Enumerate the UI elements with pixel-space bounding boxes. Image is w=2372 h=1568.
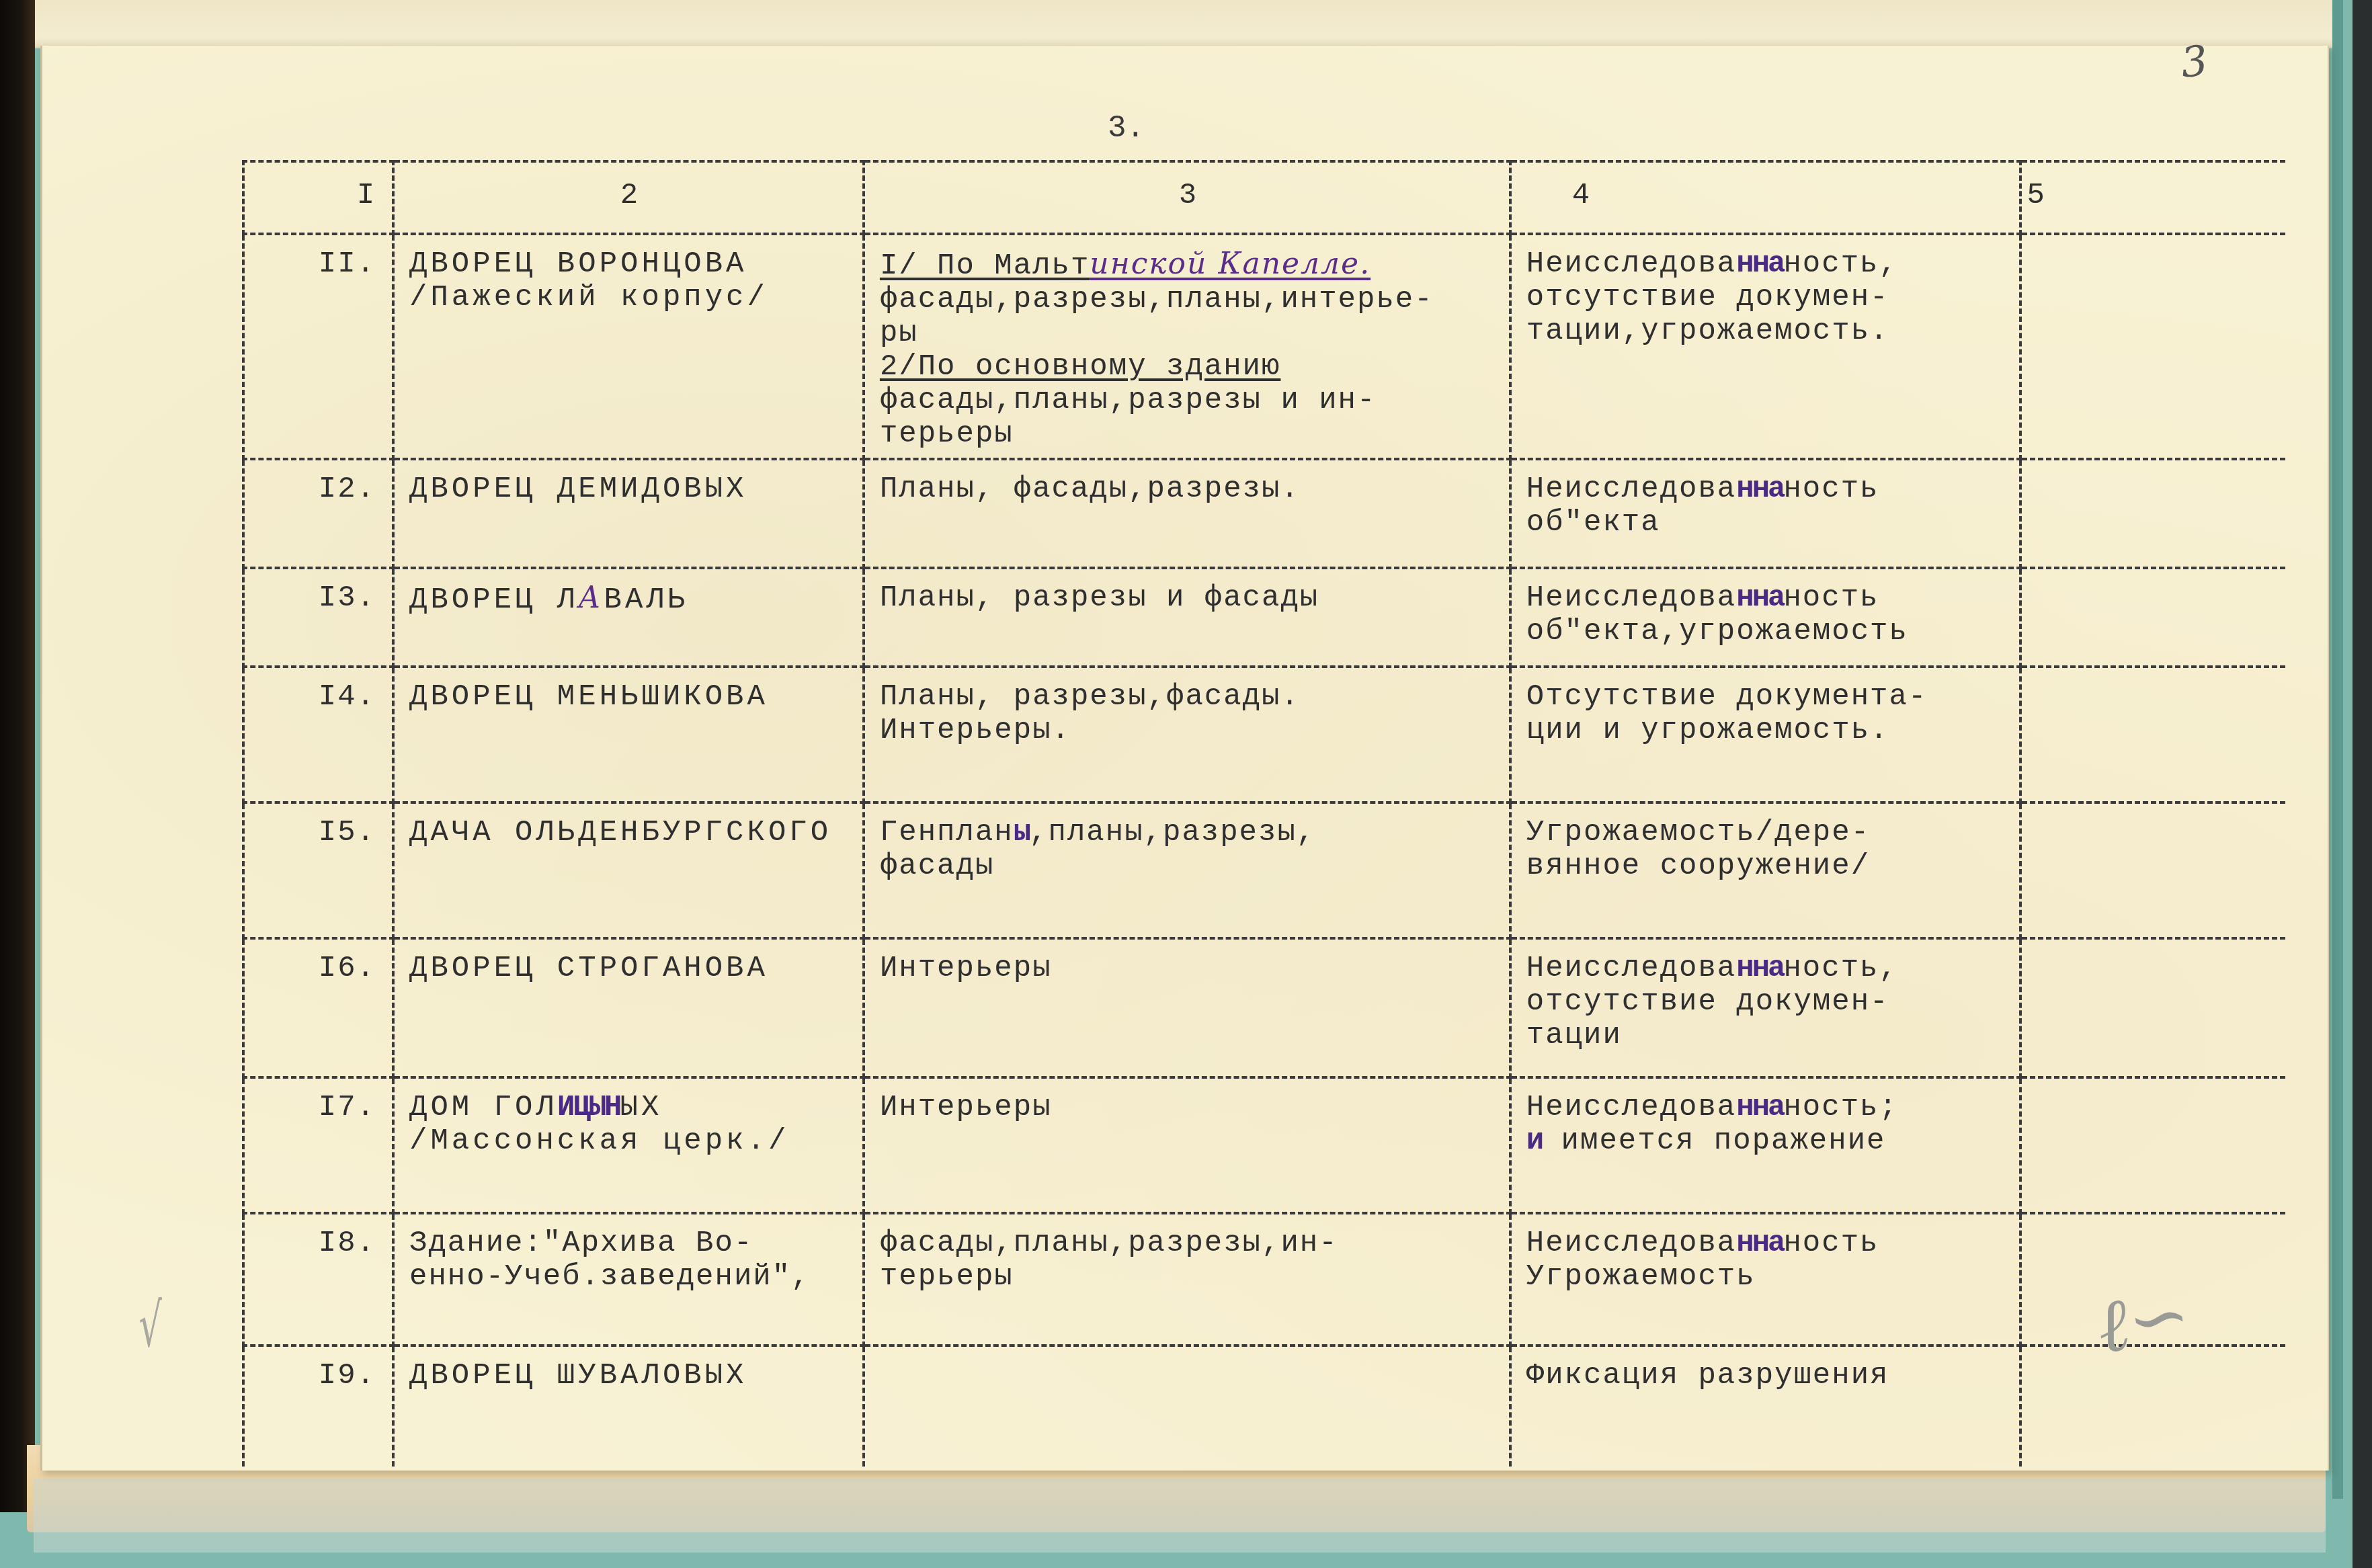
binder-right-edge: [2353, 0, 2372, 1568]
doc-text: Генплан: [880, 816, 1014, 850]
name-text: ВАЛЬ: [604, 583, 689, 617]
table-row: I3. ДВОРЕЦ ЛАВАЛЬ Планы, разрезы и фасад…: [243, 568, 2285, 667]
reason: Неисследованнаность об"екта,угрожаемость: [1510, 568, 2020, 667]
required-documentation: Планы, разрезы,фасады. Интерьеры.: [864, 667, 1510, 802]
handwritten-page-number: 3: [2178, 36, 2210, 87]
required-documentation: I/ По Мальтинской Капелле. фасады,разрез…: [864, 234, 1510, 459]
handwritten-correction: ИЦЫН: [557, 1091, 620, 1124]
reason: Неисследованнаность об"екта: [1510, 459, 2020, 568]
object-name: ДВОРЕЦ ШУВАЛОВЫХ: [393, 1346, 864, 1467]
required-documentation: Планы, фасады,разрезы.: [864, 459, 1510, 568]
object-name: ДВОРЕЦ ЛАВАЛЬ: [393, 568, 864, 667]
ink-scribble: нна: [1736, 1091, 1783, 1124]
row-number: I2.: [243, 459, 393, 568]
table-row: I8. Здание:"Архива Во- енно-Учеб.заведен…: [243, 1213, 2285, 1346]
doc-body: фасады,планы,разрезы и ин- терьеры: [880, 384, 1377, 451]
table-row: II. ДВОРЕЦ ВОРОНЦОВА /Пажеский корпус/ I…: [243, 234, 2285, 459]
reason-text: имеется поражение: [1542, 1124, 1885, 1158]
doc-heading: 2/По основному зданию: [880, 350, 1281, 384]
table-header-row: I 2 3 4 5: [243, 161, 2285, 234]
plastic-sleeve: [34, 1479, 2326, 1553]
reason: Неисследованнаность, отсутствие докумен-…: [1510, 938, 2020, 1077]
col-header-3: 3: [864, 161, 1510, 234]
ink-scribble: нна: [1736, 247, 1783, 281]
required-documentation: Планы, разрезы и фасады: [864, 568, 1510, 667]
ink-scribble: ы: [1014, 816, 1029, 850]
name-text: ДОМ ГОЛ: [409, 1091, 557, 1124]
reason: Отсутствие документа- ции и угрожаемость…: [1510, 667, 2020, 802]
object-name: ДОМ ГОЛИЦЫНЫХ /Массонская церк./: [393, 1077, 864, 1213]
table-row: I7. ДОМ ГОЛИЦЫНЫХ /Массонская церк./ Инт…: [243, 1077, 2285, 1213]
note: [2020, 1077, 2285, 1213]
required-documentation: [864, 1346, 1510, 1467]
row-number: I6.: [243, 938, 393, 1077]
reason: Фиксация разрушения: [1510, 1346, 2020, 1467]
row-number: I5.: [243, 802, 393, 938]
table-row: I4. ДВОРЕЦ МЕНЬШИКОВА Планы, разрезы,фас…: [243, 667, 2285, 802]
page-top-fold: [35, 0, 2340, 48]
page-right-edge: [2332, 0, 2343, 1499]
table-row: I9. ДВОРЕЦ ШУВАЛОВЫХ Фиксация разрушения: [243, 1346, 2285, 1467]
row-number: II.: [243, 234, 393, 459]
table-row: I6. ДВОРЕЦ СТРОГАНОВА Интерьеры Неисслед…: [243, 938, 2285, 1077]
monuments-table: I 2 3 4 5 II. ДВОРЕЦ ВОРОНЦОВА /Пажеский…: [242, 160, 2285, 1467]
row-number: I7.: [243, 1077, 393, 1213]
object-name: ДВОРЕЦ МЕНЬШИКОВА: [393, 667, 864, 802]
handwritten-correction: А: [578, 581, 604, 615]
col-header-5: 5: [2020, 161, 2285, 234]
required-documentation: Интерьеры: [864, 938, 1510, 1077]
reason: Угрожаемость/дере- вянное сооружение/: [1510, 802, 2020, 938]
doc-body: фасады,разрезы,планы,интерье- ры: [880, 283, 1434, 350]
table-row: I5. ДАЧА ОЛЬДЕНБУРГСКОГО Генпланы,планы,…: [243, 802, 2285, 938]
required-documentation: фасады,планы,разрезы,ин- терьеры: [864, 1213, 1510, 1346]
row-number: I3.: [243, 568, 393, 667]
reason-text: Неисследова: [1526, 581, 1736, 615]
handwritten-correction: инской Капелле.: [1090, 247, 1371, 281]
reason: Неисследованнаность; и имеется поражение: [1510, 1077, 2020, 1213]
note: [2020, 234, 2285, 459]
note: [2020, 938, 2285, 1077]
required-documentation: Генпланы,планы,разрезы, фасады: [864, 802, 1510, 938]
name-text: ДВОРЕЦ Л: [409, 583, 578, 617]
reason-text: Неисследова: [1526, 952, 1736, 985]
typed-sheet-number: 3.: [1108, 111, 1145, 146]
ink-scribble: нна: [1736, 1227, 1783, 1260]
doc-heading-typed: I/ По Мальт: [880, 249, 1090, 283]
object-name: ДВОРЕЦ СТРОГАНОВА: [393, 938, 864, 1077]
object-name: Здание:"Архива Во- енно-Учеб.заведений",: [393, 1213, 864, 1346]
col-header-4: 4: [1510, 161, 2020, 234]
row-number: I8.: [243, 1213, 393, 1346]
pencil-margin-mark: ℓ∽: [2090, 1270, 2197, 1371]
ink-scribble: нна: [1736, 952, 1783, 985]
col-header-2: 2: [393, 161, 864, 234]
note: [2020, 667, 2285, 802]
ink-scribble: и: [1526, 1124, 1542, 1158]
note: [2020, 1346, 2285, 1467]
col-header-1: I: [243, 161, 393, 234]
object-name: ДАЧА ОЛЬДЕНБУРГСКОГО: [393, 802, 864, 938]
note: [2020, 802, 2285, 938]
ink-scribble: нна: [1736, 581, 1783, 615]
ink-scribble: нна: [1736, 472, 1783, 506]
note: [2020, 568, 2285, 667]
reason-text: Неисследова: [1526, 1227, 1736, 1260]
row-number: I4.: [243, 667, 393, 802]
note: [2020, 459, 2285, 568]
pencil-checkmark: √: [138, 1290, 161, 1361]
reason: Неисследованнаность, отсутствие докумен-…: [1510, 234, 2020, 459]
required-documentation: Интерьеры: [864, 1077, 1510, 1213]
row-number: I9.: [243, 1346, 393, 1467]
object-name: ДВОРЕЦ ДЕМИДОВЫХ: [393, 459, 864, 568]
object-name: ДВОРЕЦ ВОРОНЦОВА /Пажеский корпус/: [393, 234, 864, 459]
reason-text: ность;: [1783, 1091, 1897, 1124]
reason-text: Неисследова: [1526, 247, 1736, 281]
table-row: I2. ДВОРЕЦ ДЕМИДОВЫХ Планы, фасады,разре…: [243, 459, 2285, 568]
binder-left-edge: [0, 0, 35, 1512]
reason-text: Неисследова: [1526, 1091, 1736, 1124]
reason-text: Неисследова: [1526, 472, 1736, 506]
reason: Неисследованнаность Угрожаемость: [1510, 1213, 2020, 1346]
